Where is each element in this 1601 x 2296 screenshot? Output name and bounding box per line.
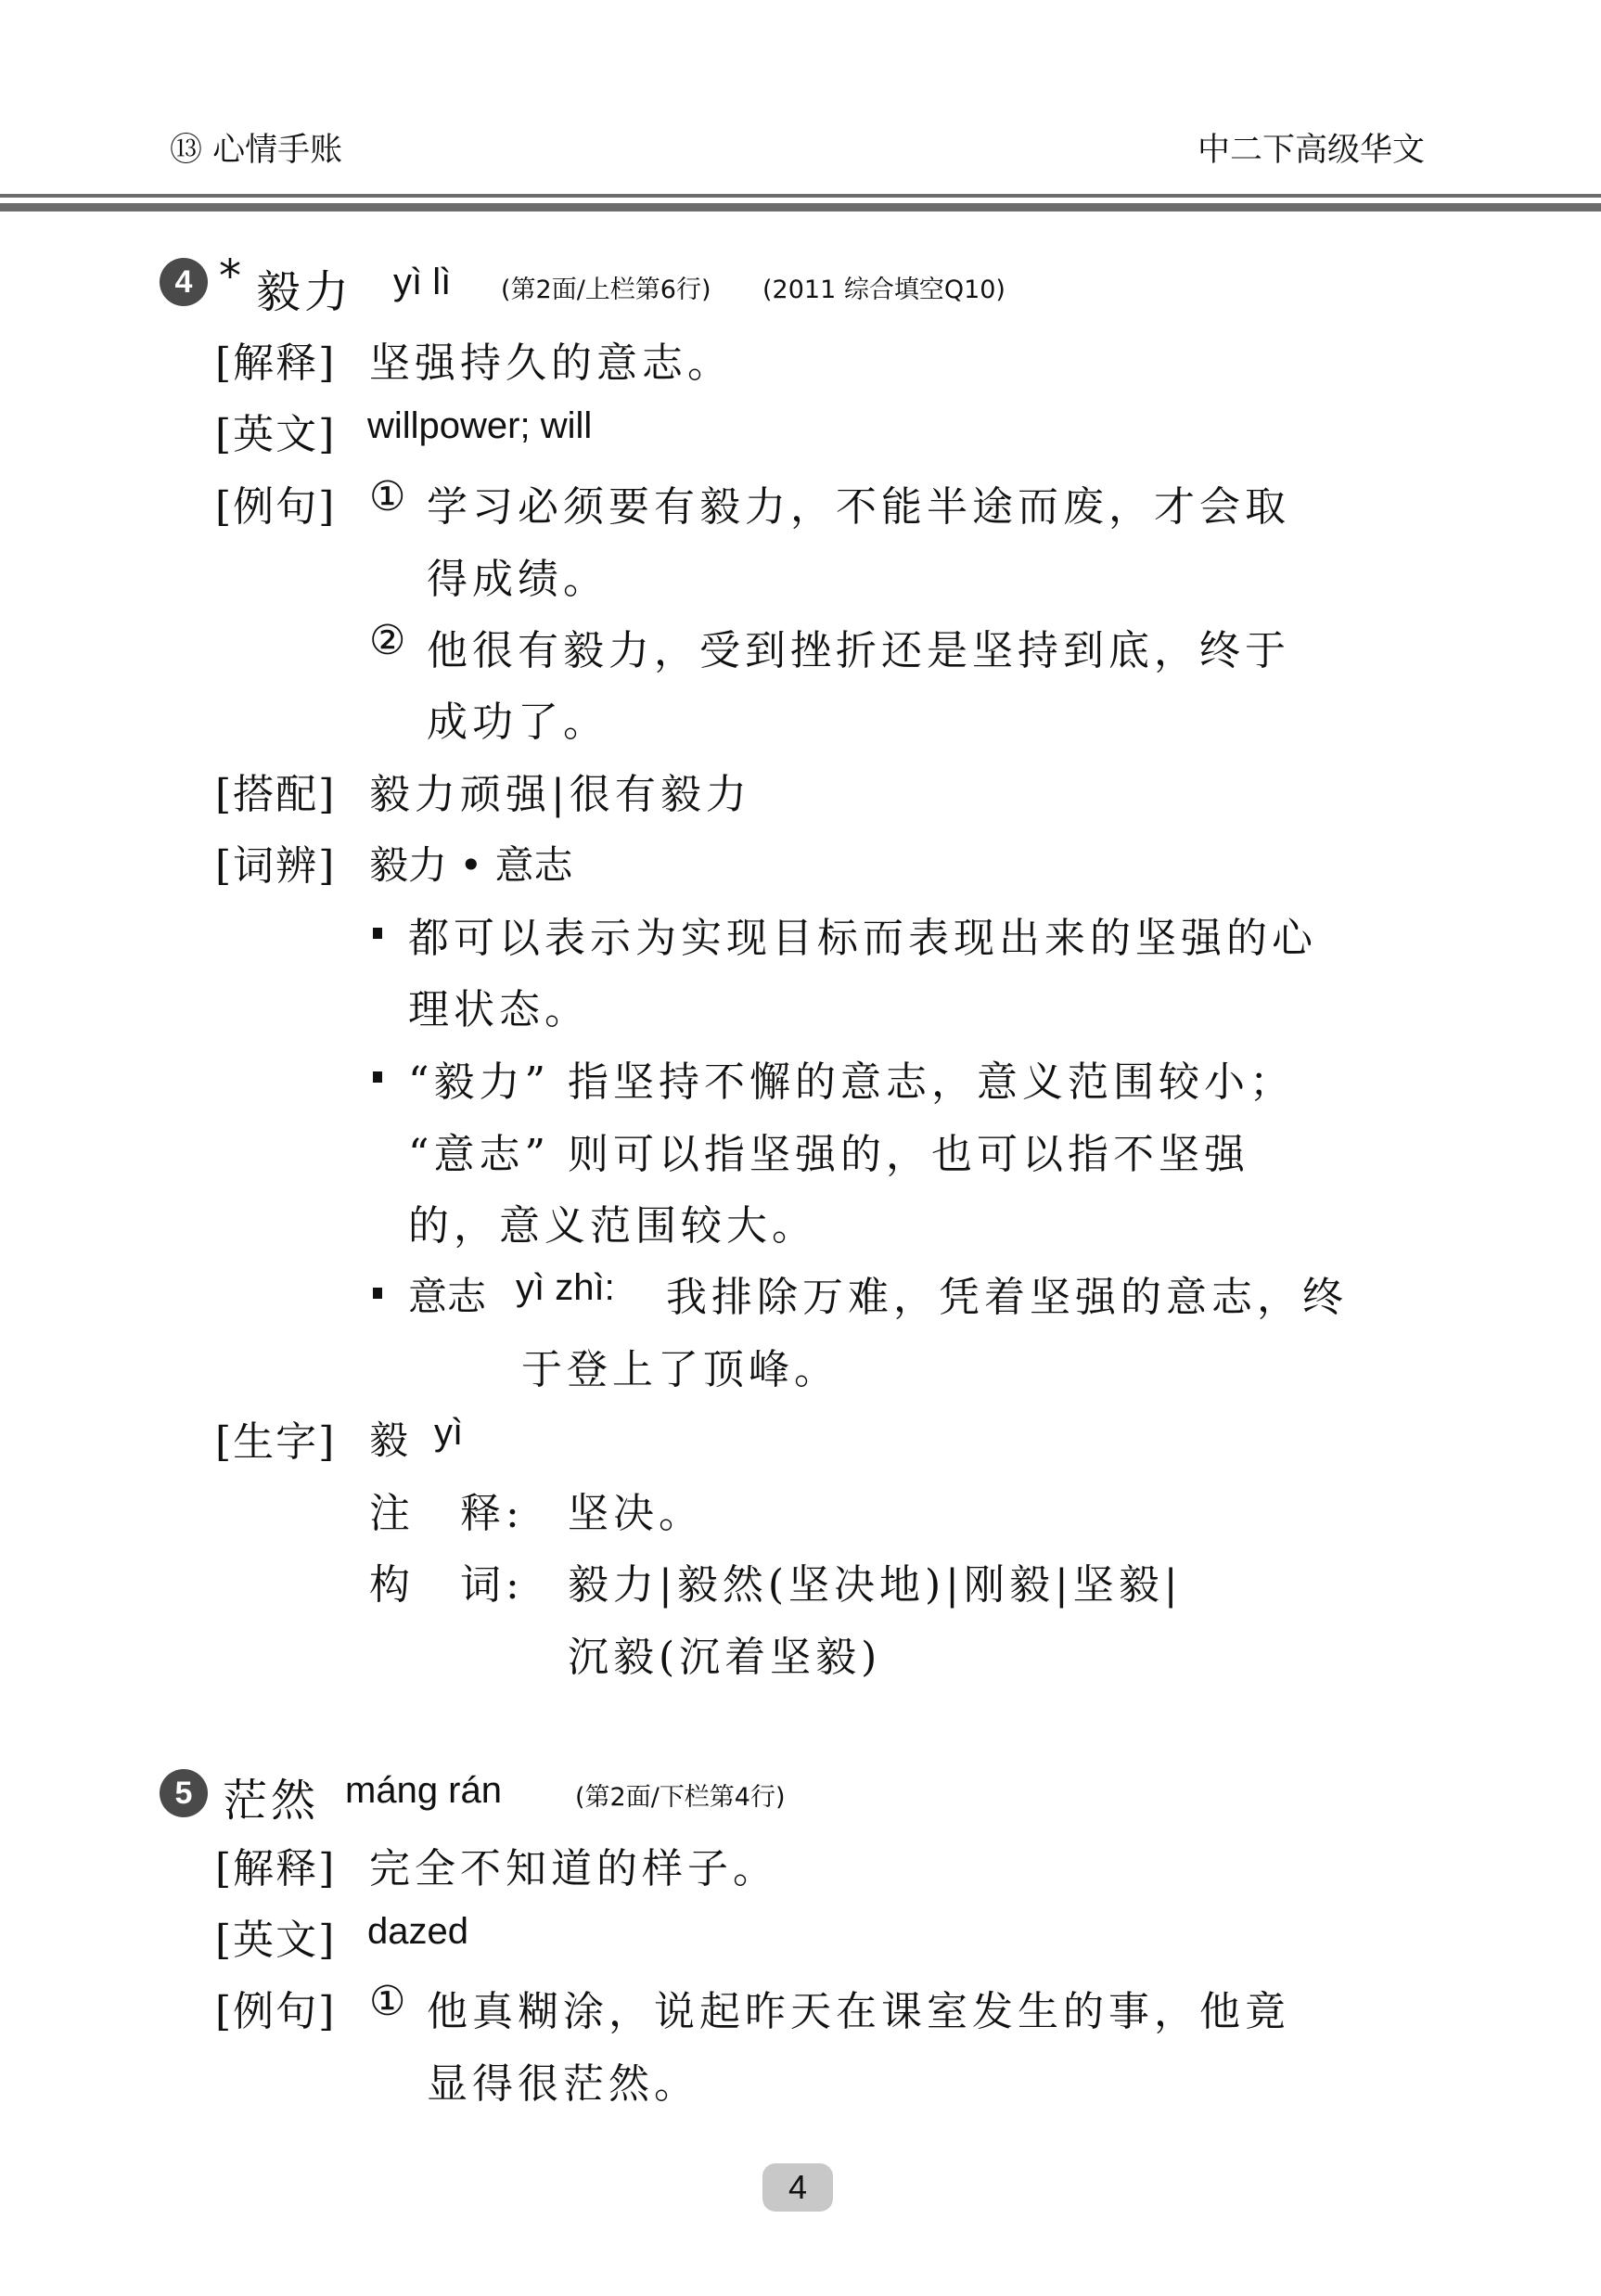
entry-pinyin: máng rán — [345, 1770, 502, 1812]
explanation-text: 坚强持久的意志。 — [369, 329, 733, 389]
distinction-line: 都可以表示为实现目标而表现出来的坚强的心 — [408, 904, 1317, 964]
char-meaning: 坚决。 — [568, 1480, 704, 1539]
english-label: [英文] — [215, 401, 336, 460]
book-title: 中二下高级华文 — [1198, 132, 1425, 169]
character: 毅 — [369, 1410, 408, 1466]
distinction-line: “毅力” 指坚持不懈的意志，意义范围较小； — [408, 1048, 1295, 1108]
english-label: [英文] — [215, 1906, 336, 1966]
distinction-pinyin: yì zhì: — [516, 1267, 615, 1309]
chapter-title: ⑬ 心情手账 — [170, 132, 342, 169]
char-words-line: 毅力|毅然(坚决地)|刚毅|坚毅| — [568, 1551, 1183, 1610]
distinction-line: 我排除万难，凭着坚强的意志，终 — [666, 1263, 1348, 1323]
entry-number-badge: 4 — [160, 258, 208, 306]
example-marker: ① — [369, 1978, 410, 2025]
char-words-line: 沉毅(沉着坚毅) — [568, 1623, 881, 1683]
example-line: 学习必须要有毅力，不能半途而废，才会取 — [427, 473, 1290, 532]
example-line: 成功了。 — [427, 688, 608, 748]
explanation-label: [解释] — [215, 329, 336, 389]
entry-marker-asterisk: * — [219, 250, 241, 302]
examples-label: [例句] — [215, 1978, 336, 2037]
distinction-line: 的，意义范围较大。 — [408, 1192, 817, 1251]
example-marker: ① — [369, 473, 410, 520]
collocation-text: 毅力顽强|很有毅力 — [369, 761, 751, 820]
explanation-text: 完全不知道的样子。 — [369, 1835, 778, 1894]
distinction-line: 于登上了顶峰。 — [521, 1336, 839, 1395]
entry-source-reference: (第2面/下栏第4行) — [575, 1777, 786, 1813]
bullet-icon — [373, 928, 382, 939]
entry-number-badge: 5 — [160, 1769, 208, 1817]
example-line: 得成绩。 — [427, 545, 608, 605]
char-meaning-label: 注 释: — [369, 1480, 524, 1539]
bullet-icon — [373, 1288, 382, 1299]
header-rule-thin — [0, 194, 1601, 198]
distinction-word: 意志 — [408, 1266, 486, 1322]
explanation-label: [解释] — [215, 1835, 336, 1894]
example-line: 显得很茫然。 — [427, 2050, 699, 2110]
entry-exam-reference: (2011 综合填空Q10) — [762, 269, 1005, 305]
entry-word: 毅力 — [256, 256, 352, 320]
entry-word: 茫然 — [223, 1764, 319, 1828]
examples-label: [例句] — [215, 473, 336, 532]
example-line: 他很有毅力，受到挫折还是坚持到底，终于 — [427, 617, 1290, 676]
example-line: 他真糊涂，说起昨天在课室发生的事，他竟 — [427, 1978, 1290, 2037]
character-label: [生字] — [215, 1408, 336, 1468]
entry-pinyin: yì lì — [393, 262, 451, 303]
collocation-label: [搭配] — [215, 761, 336, 820]
english-text: willpower; will — [367, 405, 592, 447]
distinction-title: 毅力 • 意志 — [369, 835, 572, 891]
header-rule-thick — [0, 203, 1601, 212]
character-pinyin: yì — [434, 1412, 463, 1454]
english-text: dazed — [367, 1911, 468, 1953]
page-number: 4 — [762, 2163, 833, 2212]
distinction-line: 理状态。 — [408, 976, 590, 1035]
bullet-icon — [373, 1071, 382, 1083]
char-words-label: 构 词: — [369, 1551, 524, 1610]
example-marker: ② — [369, 617, 410, 664]
distinction-label: [词辨] — [215, 832, 336, 891]
entry-source-reference: (第2面/上栏第6行) — [501, 269, 711, 305]
distinction-line: “意志” 则可以指坚强的，也可以指不坚强 — [408, 1121, 1249, 1180]
